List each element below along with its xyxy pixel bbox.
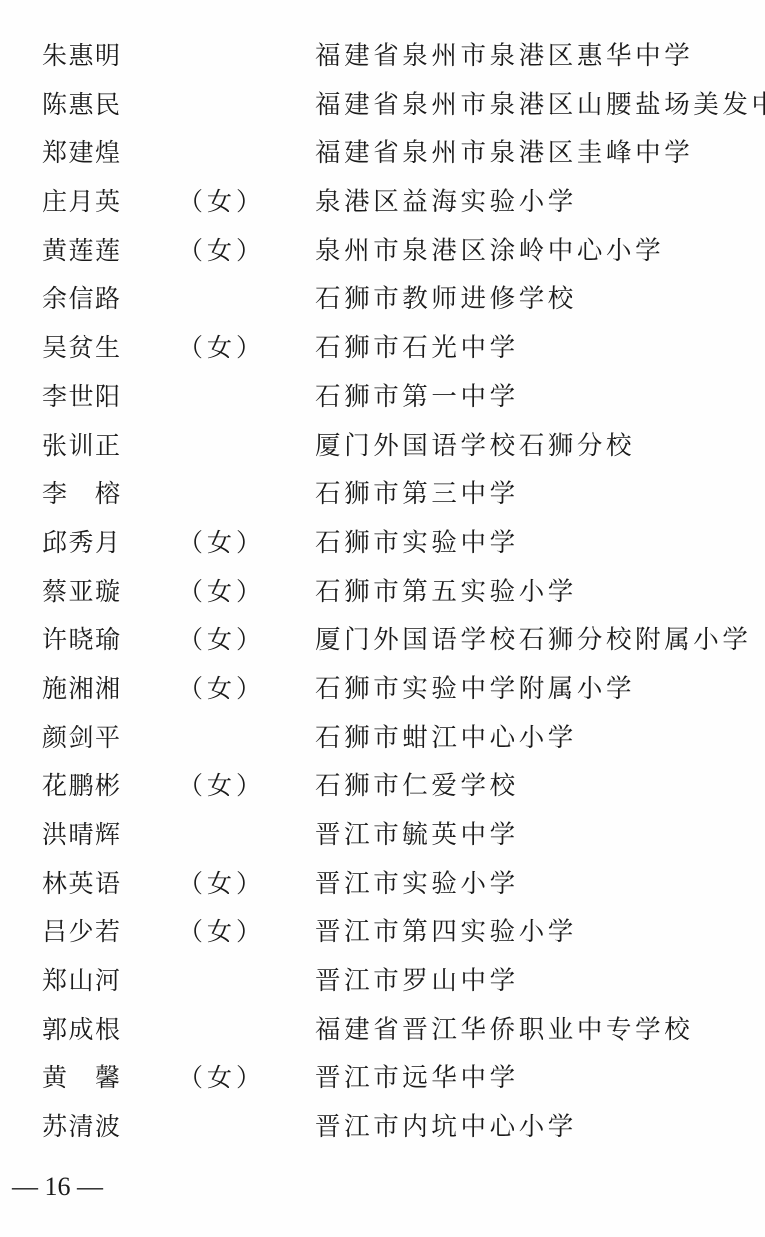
list-item: 朱惠明 福建省泉州市泉港区惠华中学	[0, 33, 765, 82]
list-item: 吕少若 （女） 晋江市第四实验小学	[0, 909, 765, 958]
institution: 晋江市远华中学	[315, 1063, 519, 1093]
institution: 晋江市罗山中学	[315, 966, 519, 996]
list-item: 黄莲莲 （女） 泉州市泉港区涂岭中心小学	[0, 228, 765, 277]
institution: 石狮市第五实验小学	[315, 577, 577, 607]
institution: 晋江市毓英中学	[315, 820, 519, 850]
institution: 石狮市第一中学	[315, 382, 519, 412]
person-name: 施湘湘	[42, 674, 122, 704]
list-item: 林英语 （女） 晋江市实验小学	[0, 861, 765, 910]
gender-note: （女）	[178, 771, 265, 801]
list-item: 张训正 厦门外国语学校石狮分校	[0, 423, 765, 472]
list-item: 陈惠民 福建省泉州市泉港区山腰盐场美发中学	[0, 82, 765, 131]
person-name: 黄 馨	[42, 1063, 122, 1093]
gender-note: （女）	[178, 917, 265, 947]
institution: 石狮市第三中学	[315, 479, 519, 509]
person-name: 郑建煌	[42, 138, 122, 168]
gender-note: （女）	[178, 674, 265, 704]
person-name: 花鹏彬	[42, 771, 122, 801]
gender-note: （女）	[178, 236, 265, 266]
person-name: 吴贫生	[42, 333, 122, 363]
person-name: 郑山河	[42, 966, 122, 996]
person-name: 邱秀月	[42, 528, 122, 558]
institution: 泉港区益海实验小学	[315, 187, 577, 217]
person-name: 颜剑平	[42, 723, 122, 753]
list-item: 邱秀月 （女） 石狮市实验中学	[0, 520, 765, 569]
gender-note: （女）	[178, 187, 265, 217]
list-item: 黄 馨 （女） 晋江市远华中学	[0, 1055, 765, 1104]
institution: 晋江市实验小学	[315, 869, 519, 899]
list-item: 郑山河 晋江市罗山中学	[0, 958, 765, 1007]
list-item: 洪晴辉 晋江市毓英中学	[0, 812, 765, 861]
page-number: — 16 —	[12, 1172, 103, 1202]
person-name: 蔡亚璇	[42, 577, 122, 607]
institution: 福建省晋江华侨职业中专学校	[315, 1015, 693, 1045]
list-item: 蔡亚璇 （女） 石狮市第五实验小学	[0, 569, 765, 618]
institution: 福建省泉州市泉港区山腰盐场美发中学	[315, 90, 765, 120]
person-name: 朱惠明	[42, 41, 122, 71]
list-item: 李 榕 石狮市第三中学	[0, 471, 765, 520]
person-name: 余信路	[42, 284, 122, 314]
list-item: 庄月英 （女） 泉港区益海实验小学	[0, 179, 765, 228]
list-item: 余信路 石狮市教师进修学校	[0, 276, 765, 325]
person-name: 黄莲莲	[42, 236, 122, 266]
list-item: 吴贫生 （女） 石狮市石光中学	[0, 325, 765, 374]
gender-note: （女）	[178, 1063, 265, 1093]
person-name: 洪晴辉	[42, 820, 122, 850]
list-item: 李世阳 石狮市第一中学	[0, 374, 765, 423]
list-item: 施湘湘 （女） 石狮市实验中学附属小学	[0, 666, 765, 715]
institution: 泉州市泉港区涂岭中心小学	[315, 236, 664, 266]
institution: 晋江市内坑中心小学	[315, 1112, 577, 1142]
list-item: 许晓瑜 （女） 厦门外国语学校石狮分校附属小学	[0, 617, 765, 666]
institution: 厦门外国语学校石狮分校附属小学	[315, 625, 752, 655]
name-list: 朱惠明 福建省泉州市泉港区惠华中学 陈惠民 福建省泉州市泉港区山腰盐场美发中学 …	[0, 33, 765, 1153]
institution: 福建省泉州市泉港区圭峰中学	[315, 138, 693, 168]
list-item: 花鹏彬 （女） 石狮市仁爱学校	[0, 763, 765, 812]
document-page: 朱惠明 福建省泉州市泉港区惠华中学 陈惠民 福建省泉州市泉港区山腰盐场美发中学 …	[0, 0, 765, 1237]
institution: 石狮市实验中学附属小学	[315, 674, 635, 704]
person-name: 陈惠民	[42, 90, 122, 120]
list-item: 郭成根 福建省晋江华侨职业中专学校	[0, 1007, 765, 1056]
person-name: 庄月英	[42, 187, 122, 217]
institution: 石狮市仁爱学校	[315, 771, 519, 801]
institution: 福建省泉州市泉港区惠华中学	[315, 41, 693, 71]
institution: 石狮市蚶江中心小学	[315, 723, 577, 753]
institution: 石狮市教师进修学校	[315, 284, 577, 314]
person-name: 林英语	[42, 869, 122, 899]
gender-note: （女）	[178, 333, 265, 363]
person-name: 苏清波	[42, 1112, 122, 1142]
person-name: 李世阳	[42, 382, 122, 412]
gender-note: （女）	[178, 625, 265, 655]
institution: 石狮市石光中学	[315, 333, 519, 363]
person-name: 郭成根	[42, 1015, 122, 1045]
person-name: 吕少若	[42, 917, 122, 947]
institution: 石狮市实验中学	[315, 528, 519, 558]
institution: 晋江市第四实验小学	[315, 917, 577, 947]
gender-note: （女）	[178, 869, 265, 899]
gender-note: （女）	[178, 528, 265, 558]
list-item: 苏清波 晋江市内坑中心小学	[0, 1104, 765, 1153]
person-name: 许晓瑜	[42, 625, 122, 655]
gender-note: （女）	[178, 577, 265, 607]
list-item: 颜剑平 石狮市蚶江中心小学	[0, 715, 765, 764]
list-item: 郑建煌 福建省泉州市泉港区圭峰中学	[0, 130, 765, 179]
institution: 厦门外国语学校石狮分校	[315, 431, 635, 461]
person-name: 李 榕	[42, 479, 122, 509]
person-name: 张训正	[42, 431, 122, 461]
